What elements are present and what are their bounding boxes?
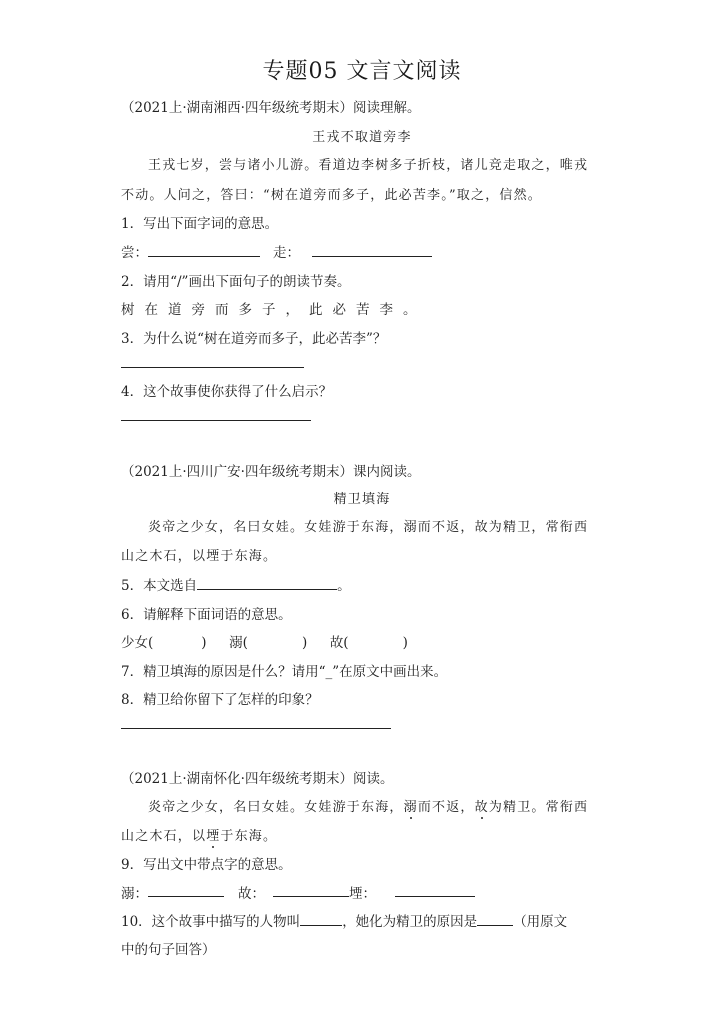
q6-paren-close: ) xyxy=(201,635,206,651)
q6-items: 少女() 溺() 故() xyxy=(121,631,408,651)
q9-answer-blank-c[interactable] xyxy=(395,896,475,897)
section2-source: （2021上·四川广安·四年级统考期末）课内阅读。 xyxy=(121,460,420,480)
passage-text: 而不返， xyxy=(418,800,475,815)
q5-answer-blank[interactable] xyxy=(197,575,337,590)
section2-passage-title: 精卫填海 xyxy=(0,488,724,507)
q9-label-ni: 溺： xyxy=(121,882,148,902)
q8-answer-line[interactable] xyxy=(121,728,391,729)
question-2: 2．请用“/”画出下面句子的朗读节奏。 xyxy=(121,270,350,290)
section3-source: （2021上·湖南怀化·四年级统考期末）阅读。 xyxy=(121,767,393,787)
q1-answer-blank-b[interactable] xyxy=(312,256,432,257)
question-7: 7．精卫填海的原因是什么？请用“_”在原文中画出来。 xyxy=(121,660,447,680)
dotted-char-gu: 故 xyxy=(475,800,489,815)
q5-prefix: 5．本文选自 xyxy=(121,578,197,594)
section1-passage-title: 王戎不取道旁李 xyxy=(0,126,724,145)
section2-passage-line1: 炎帝之少女，名曰女娃。女娃游于东海，溺而不返，故为精卫，常衔西 xyxy=(148,516,588,535)
page-title: 专题05 文言文阅读 xyxy=(0,54,724,85)
q10-text-b: ，她化为精卫的原因是 xyxy=(342,914,477,930)
question-8: 8．精卫给你留下了怎样的印象？ xyxy=(121,688,319,708)
q4-answer-line[interactable] xyxy=(121,420,311,421)
q1-label-zou: 走： xyxy=(273,241,300,261)
question-1: 1．写出下面字词的意思。 xyxy=(121,212,278,232)
q6-item-shaonv: 少女( xyxy=(121,635,153,651)
q6-paren-close: ) xyxy=(302,635,307,651)
passage-text: 炎帝之少女，名曰女娃。女娃游于东海， xyxy=(148,800,404,815)
q10-text-c: （用原文 xyxy=(513,914,567,930)
q2-sentence: 树在道旁而多子，此必苦李。 xyxy=(121,298,427,318)
section1-source: （2021上·湖南湘西·四年级统考期末）阅读理解。 xyxy=(121,96,420,116)
q6-item-gu: 故( xyxy=(330,635,349,651)
passage-text: 于东海。 xyxy=(220,829,277,844)
question-5: 5．本文选自。 xyxy=(121,574,351,594)
q5-suffix: 。 xyxy=(337,578,351,594)
question-10-line2: 中的句子回答） xyxy=(121,938,216,958)
q1-answer-blank-a[interactable] xyxy=(148,256,260,257)
q6-item-ni: 溺( xyxy=(229,635,248,651)
question-6: 6．请解释下面词语的意思。 xyxy=(121,603,292,623)
question-3: 3．为什么说“树在道旁而多子，此必苦李”？ xyxy=(121,327,386,347)
section2-passage-line2: 山之木石，以堙于东海。 xyxy=(121,545,277,564)
q10-answer-blank-a[interactable] xyxy=(300,911,342,926)
question-10: 10．这个故事中描写的人物叫，她化为精卫的原因是（用原文 xyxy=(121,910,567,930)
section1-passage-line1: 王戎七岁，尝与诸小儿游。看道边李树多子折枝，诸儿竞走取之，唯戎 xyxy=(148,154,588,173)
q10-answer-blank-b[interactable] xyxy=(477,911,513,926)
dotted-char-yin: 堙 xyxy=(206,829,220,844)
passage-text: 山之木石，以 xyxy=(121,829,206,844)
q9-label-yin: 堙： xyxy=(349,882,376,902)
q3-answer-line[interactable] xyxy=(121,367,304,368)
q9-answer-blank-a[interactable] xyxy=(148,896,224,897)
q10-text-a: 10．这个故事中描写的人物叫 xyxy=(121,914,300,930)
question-4: 4．这个故事使你获得了什么启示？ xyxy=(121,380,332,400)
section3-passage-line1: 炎帝之少女，名曰女娃。女娃游于东海，溺而不返，故为精卫。常衔西 xyxy=(148,796,588,815)
q6-paren-close: ) xyxy=(403,635,408,651)
q9-label-gu: 故： xyxy=(238,882,265,902)
section3-passage-line2: 山之木石，以堙于东海。 xyxy=(121,825,277,844)
q1-label-chang: 尝： xyxy=(121,241,148,261)
section1-passage-line2: 不动。人问之，答曰：“树在道旁而多子，此必苦李。”取之，信然。 xyxy=(121,184,542,203)
question-9: 9．写出文中带点字的意思。 xyxy=(121,853,292,873)
passage-text: 为精卫。常衔西 xyxy=(489,800,588,815)
dotted-char-ni: 溺 xyxy=(404,800,418,815)
q9-answer-blank-b[interactable] xyxy=(273,896,349,897)
